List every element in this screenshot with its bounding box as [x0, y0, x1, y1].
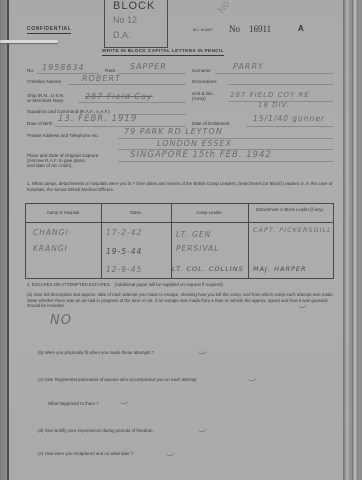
- cell-dates-row1: 17-2-42: [106, 228, 142, 237]
- section2-title: 2. ESCAPES OR ATTEMPTED ESCAPES.: [27, 282, 111, 287]
- cell-leader-row3: LT. COL. COLLINS: [172, 265, 244, 273]
- cell-dates-row3: 12-9-45: [106, 265, 142, 274]
- column-divider: [101, 204, 102, 278]
- column-header-camp: Camp or Hospital.: [26, 210, 101, 215]
- section1-question: 1. What camps, detachments or hospitals …: [27, 181, 335, 192]
- form-number: No 16911: [229, 24, 271, 34]
- cell-leader-row1: LT. GEN PERSIVAL: [176, 228, 246, 256]
- classification-label: CONFIDENTIAL: [27, 26, 71, 34]
- unit-value-line2: 18 DIV.: [258, 101, 290, 109]
- answer-a: NO: [50, 313, 72, 328]
- address-value-line2: LONDON ESSEX: [157, 139, 232, 148]
- cell-camp-row2: KRANGI: [33, 244, 68, 253]
- cell-detachment-row3: MAJ. HARPER: [253, 265, 307, 273]
- section2-note: (Additional paper will be supplied on re…: [115, 282, 223, 287]
- block-code: D.A.: [113, 30, 131, 40]
- capture-label: Place and Date of Original Capture (Airc…: [27, 153, 98, 168]
- dob-label: Date of Birth: [27, 121, 53, 126]
- cell-detachment-row1: CAPT. PICKERSGILL: [253, 226, 332, 234]
- column-header-dates: Dates.: [101, 210, 171, 215]
- surname-label: Surname: [192, 68, 211, 73]
- rule: [228, 84, 333, 85]
- camps-table: Camp or Hospital. Dates. Camp Leader. De…: [25, 203, 334, 279]
- section2-heading: 2. ESCAPES OR ATTEMPTED ESCAPES. (Additi…: [27, 282, 223, 287]
- unit-value-line1: 287 FIELD COY RE: [230, 91, 310, 99]
- capture-value: SINGAPORE 15th FEB. 1942: [130, 150, 272, 160]
- rule: [118, 73, 186, 74]
- rule: [215, 73, 333, 74]
- question-c-followup: What happened to them ?: [48, 401, 99, 406]
- christian-names-value: ROBERT: [82, 74, 121, 83]
- form-code: M.I. 9/JAP/: [193, 27, 213, 32]
- address-label: Private Address and Telephone No.: [27, 133, 99, 138]
- block-stamp-box: BLOCK No 12 D.A.: [104, 0, 168, 48]
- question-e: (e) How were you recaptured and on what …: [38, 451, 133, 456]
- dob-value: 13. FEBR. 1919: [58, 114, 137, 124]
- address-value-line1: 79 PARK RD LEYTON: [124, 127, 223, 136]
- cell-camp-row1: CHANGI: [33, 228, 69, 237]
- ship-label-line2: or Merchant Navy: [27, 98, 63, 103]
- question-a: (a) Give full description and approx. da…: [27, 292, 335, 309]
- block-number: No 12: [113, 15, 137, 25]
- rule: [78, 102, 186, 103]
- page-edge-outer: [352, 0, 358, 480]
- question-b: (b) Were you physically fit when you mad…: [38, 350, 154, 355]
- column-header-detachment: Detachment or Block Leader (if any).: [252, 207, 328, 212]
- rule: [118, 161, 333, 162]
- capture-label-line3: and date of a/c crash): [27, 163, 71, 168]
- unit-label: Unit & Div. (Army): [192, 91, 213, 101]
- column-divider: [248, 204, 249, 278]
- number-prefix: No: [229, 24, 240, 34]
- cell-dates-row2: 19-5-44: [106, 247, 142, 256]
- number-value: 16911: [249, 24, 271, 34]
- enlistment-label: Date of Enlistment: [192, 121, 230, 126]
- decorations-label: Decorations: [192, 79, 217, 84]
- question-c: (c) Give Regimental particulars of anyon…: [38, 377, 198, 382]
- christian-names-label: Christian Names: [27, 79, 61, 84]
- rule: [246, 126, 333, 127]
- surname-value: PARRY: [233, 62, 264, 71]
- no-value: 1958634: [42, 63, 85, 72]
- column-header-camp-leader: Camp Leader.: [171, 210, 248, 215]
- unit-label-line2: (Army): [192, 96, 206, 101]
- rank-value: SAPPER: [130, 62, 167, 71]
- rule: [68, 84, 186, 85]
- form-instruction: WRITE IN BLOCK CAPITAL LETTERS IN PENCIL: [102, 49, 224, 56]
- block-label: BLOCK: [113, 0, 155, 12]
- binding-string: [0, 40, 58, 43]
- page-edge: [343, 0, 346, 480]
- form-suffix: A: [298, 24, 304, 33]
- rank-label: Rank: [105, 68, 116, 73]
- ship-label: Ship (R.N., U.S.N. or Merchant Navy: [27, 93, 64, 103]
- enlistment-value: 15/1/40 gunner: [253, 114, 325, 123]
- ship-value: 287 Field Coy: [85, 92, 153, 101]
- no-label: No.: [27, 68, 34, 73]
- question-d: (d) Give briefly your experiences during…: [38, 428, 154, 433]
